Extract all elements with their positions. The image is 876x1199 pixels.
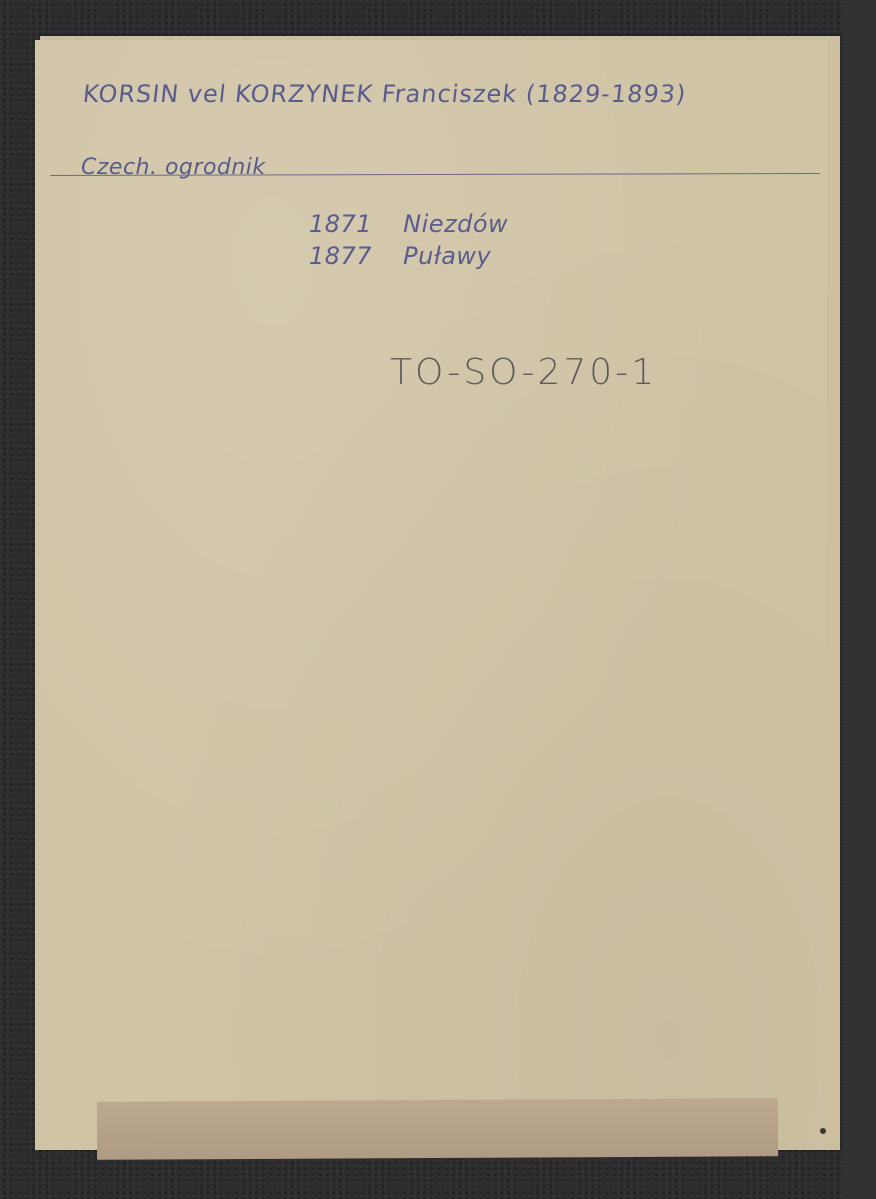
paper-tape-strip: [97, 1098, 778, 1160]
background-edge: [843, 0, 876, 1199]
entries-list: 1871 Niezdów 1877 Puławy: [309, 208, 508, 272]
entry-row: 1877 Puławy: [309, 240, 508, 272]
occupation-note: Czech. ogrodnik: [81, 155, 266, 180]
reference-code: TO-SO-270-1: [390, 352, 657, 393]
entry-place: Niezdów: [403, 210, 508, 238]
index-card: KORSIN vel KORZYNEK Franciszek (1829-189…: [35, 40, 827, 1150]
entry-place: Puławy: [403, 242, 491, 270]
ink-spot: [820, 1128, 826, 1134]
heading-name: KORSIN vel KORZYNEK Franciszek (1829-189…: [82, 80, 688, 108]
entry-row: 1871 Niezdów: [309, 208, 508, 240]
entry-year: 1871: [309, 208, 395, 240]
entry-year: 1877: [309, 240, 395, 272]
